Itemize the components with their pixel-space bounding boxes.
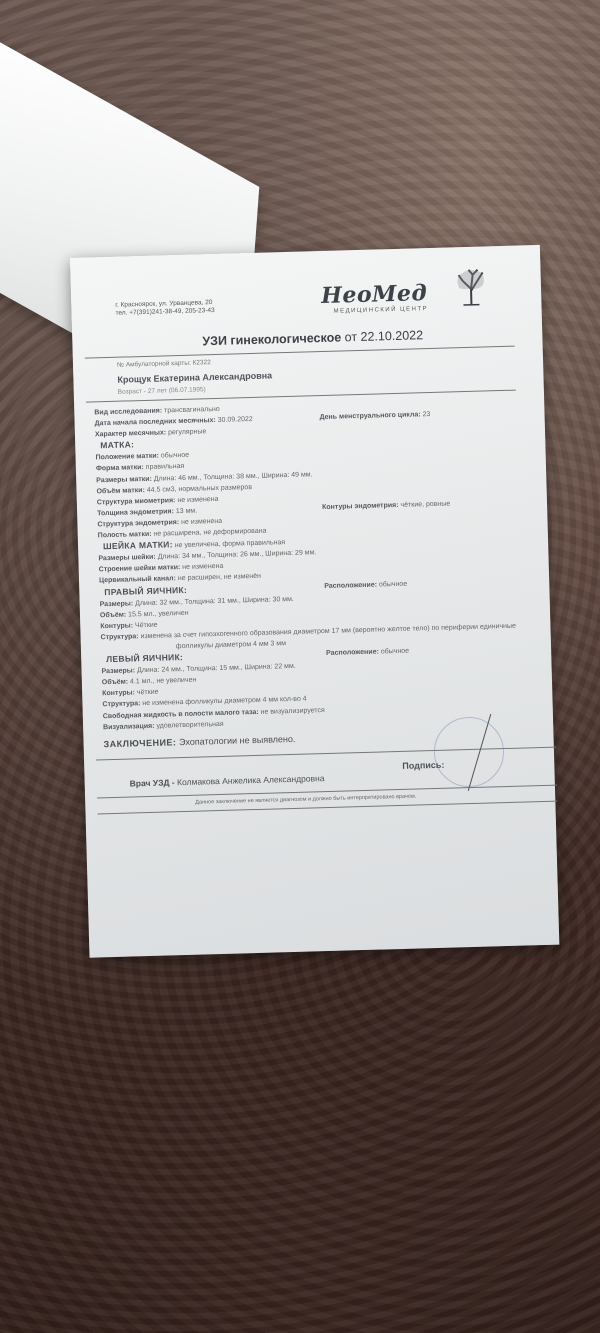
finding-value: не расширен, не изменён [178,573,261,582]
finding-label: Визуализация: [103,722,155,730]
finding-value: 13 мм. [176,507,197,515]
finding-label: Размеры матки: [96,475,152,484]
divider [98,801,558,815]
finding-secondary: Расположение: обычное [326,646,409,659]
finding-label: Объём: [102,679,128,687]
finding-label: Полость матки: [98,531,152,539]
finding-label: Объём: [100,611,126,619]
finding-value: трансвагинально [164,406,220,415]
section-title: ПРАВЫЙ ЯИЧНИК: [99,584,187,596]
clinic-logo: НеоМед МЕДИЦИНСКИЙ ЦЕНТР [321,280,428,315]
clinic-phone: тел. +7(391)241-38-49, 205-23-43 [115,307,214,318]
finding-label: Размеры шейки: [98,554,155,563]
stamp [433,716,505,788]
findings-list: Вид исследования: трансвагинальноДата на… [94,395,543,733]
finding-value: не изменена [177,496,218,504]
finding-label: День менструального цикла: [319,411,420,421]
finding-value: обычное [379,580,407,588]
doctor-label: Врач УЗД - [130,777,175,788]
finding-label: Цервикальный канал: [99,576,176,585]
finding-value: 30.09.2022 [218,416,253,424]
finding-value: Чёткие [135,621,158,629]
clinic-contacts: г. Красноярск, ул. Урванцева, 20 тел. +7… [115,299,215,318]
tree-icon [450,266,487,307]
report-date: от 22.10.2022 [344,328,423,344]
finding-label: Расположение: [324,581,377,589]
finding-label: Размеры: [101,668,135,676]
finding-label: Контуры: [100,622,133,630]
signature-label: Подпись: [402,760,444,771]
finding-value: чёткие, ровные [400,500,450,508]
patient-age: Возраст - 27 лет (06.07.1995) [118,386,206,395]
finding-value: 44.5 см3, нормальных размеров [147,484,252,494]
finding-label: Толщина эндометрия: [97,508,174,517]
ultrasound-report-sheet: г. Красноярск, ул. Урванцева, 20 тел. +7… [70,245,559,958]
finding-value: 23 [422,411,430,418]
finding-value: регулярные [168,428,206,436]
finding-label: Структура: [101,633,139,641]
finding-label: Форма матки: [96,464,144,472]
doctor-line: Врач УЗД - Колмакова Анжелика Александро… [130,773,325,788]
card-number: № Амбулаторной карты: К2322 [117,359,211,369]
finding-value: обычное [161,452,189,460]
finding-value: не изменена [182,563,223,571]
finding-label: Характер месячных: [95,430,166,439]
section-title: ШЕЙКА МАТКИ: [98,539,173,551]
conclusion-label: ЗАКЛЮЧЕНИЕ: [103,737,176,749]
finding-value: правильная [146,463,185,471]
finding-label: Контуры эндометрия: [322,502,399,511]
clinic-subtitle: МЕДИЦИНСКИЙ ЦЕНТР [334,306,429,315]
finding-value: удовлетворительная [156,721,223,730]
finding-value: 4.1 мл., не увеличен [130,677,196,686]
finding-value: 15.5 мл., увеличен [128,610,189,619]
finding-value: не изменена [181,518,222,526]
divider [85,346,515,359]
finding-label: Положение матки: [96,453,160,462]
finding-value: чёткие [137,689,159,697]
finding-label: Вид исследования: [94,407,162,416]
report-title: УЗИ гинекологическое от 22.10.2022 [202,328,423,348]
disclaimer: Данное заключение не является диагнозом … [195,794,416,806]
finding-label: Размеры: [100,600,134,608]
patient-name: Крощук Екатерина Александровна [117,370,272,384]
finding-label: Структура: [102,701,140,709]
conclusion: ЗАКЛЮЧЕНИЕ: Эхопатологии не выявлено. [103,734,295,749]
conclusion-text: Эхопатологии не выявлено. [179,734,296,747]
finding-secondary: Расположение: обычное [324,578,407,591]
doctor-name: Колмакова Анжелика Александровна [177,773,325,787]
finding-label: Объём матки: [96,487,145,495]
clinic-name: НеоМед [321,280,428,309]
finding-value: не визуализируется [260,707,324,716]
finding-label: Контуры: [102,690,135,698]
finding-value: обычное [381,648,409,656]
section-title: ЛЕВЫЙ ЯИЧНИК: [101,652,183,664]
section-title: МАТКА: [95,440,134,451]
finding-label: Структура эндометрия: [97,519,179,528]
report-type: УЗИ гинекологическое [202,330,341,348]
finding-label: Структура миометрия: [97,497,176,506]
finding-label: Строение шейки матки: [99,564,181,573]
finding-label: Расположение: [326,649,379,657]
